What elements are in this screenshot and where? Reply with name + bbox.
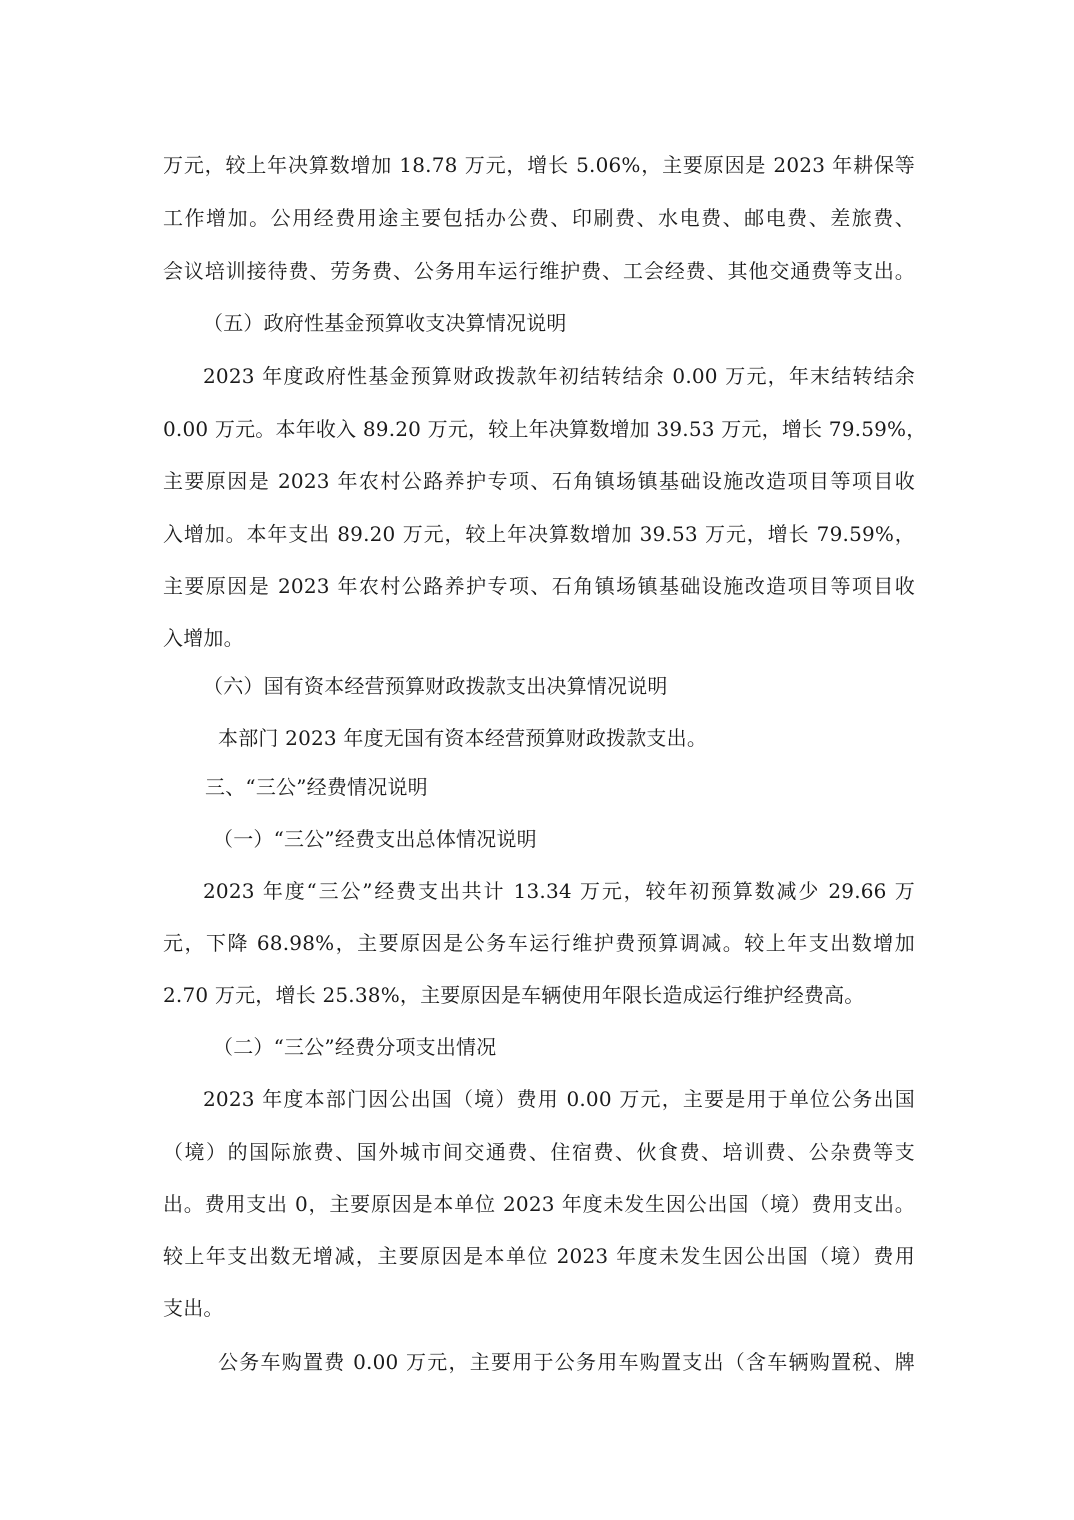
text-line: 主要原因是 2023 年农村公路养护专项、石角镇场镇基础设施改造项目等项目收 xyxy=(163,465,915,497)
text-line: 主要原因是 2023 年农村公路养护专项、石角镇场镇基础设施改造项目等项目收 xyxy=(163,570,915,602)
text-line: 本部门 2023 年度无国有资本经营预算财政拨款支出。 xyxy=(218,722,915,754)
text-line: 元，下降 68.98%，主要原因是公务车运行维护费预算调减。较上年支出数增加 xyxy=(163,927,915,959)
text-line: 2.70 万元，增长 25.38%，主要原因是车辆使用年限长造成运行维护经费高。 xyxy=(163,979,915,1011)
text-line: 较上年支出数无增减，主要原因是本单位 2023 年度未发生因公出国（境）费用 xyxy=(163,1240,915,1272)
text-line: 会议培训接待费、劳务费、公务用车运行维护费、工会经费、其他交通费等支出。 xyxy=(163,255,915,287)
section-heading-6: （六）国有资本经营预算财政拨款支出决算情况说明 xyxy=(203,670,915,702)
text-line: 万元，较上年决算数增加 18.78 万元，增长 5.06%，主要原因是 2023… xyxy=(163,149,915,181)
text-line: 出。费用支出 0，主要原因是本单位 2023 年度未发生因公出国（境）费用支出。 xyxy=(163,1188,915,1220)
text-line: 工作增加。公用经费用途主要包括办公费、印刷费、水电费、邮电费、差旅费、 xyxy=(163,202,915,234)
text-line: 入增加。 xyxy=(163,622,915,654)
document-page: 万元，较上年决算数增加 18.78 万元，增长 5.06%，主要原因是 2023… xyxy=(0,0,1074,1520)
text-line: 2023 年度“三公”经费支出共计 13.34 万元，较年初预算数减少 29.6… xyxy=(203,875,915,907)
chapter-heading-3: 三、“三公”经费情况说明 xyxy=(205,771,915,803)
text-line: 公务车购置费 0.00 万元，主要用于公务用车购置支出（含车辆购置税、牌 xyxy=(218,1346,915,1378)
text-line: 0.00 万元。本年收入 89.20 万元，较上年决算数增加 39.53 万元，… xyxy=(163,413,915,445)
text-line: 支出。 xyxy=(163,1292,915,1324)
section-heading-5: （五）政府性基金预算收支决算情况说明 xyxy=(203,307,915,339)
text-line: 入增加。本年支出 89.20 万元，较上年决算数增加 39.53 万元，增长 7… xyxy=(163,518,915,550)
section-heading-1: （一）“三公”经费支出总体情况说明 xyxy=(213,823,915,855)
section-heading-2: （二）“三公”经费分项支出情况 xyxy=(213,1031,915,1063)
text-line: 2023 年度本部门因公出国（境）费用 0.00 万元，主要是用于单位公务出国 xyxy=(203,1083,915,1115)
text-line: （境）的国际旅费、国外城市间交通费、住宿费、伙食费、培训费、公杂费等支 xyxy=(163,1136,915,1168)
text-line: 2023 年度政府性基金预算财政拨款年初结转结余 0.00 万元，年末结转结余 xyxy=(203,360,915,392)
